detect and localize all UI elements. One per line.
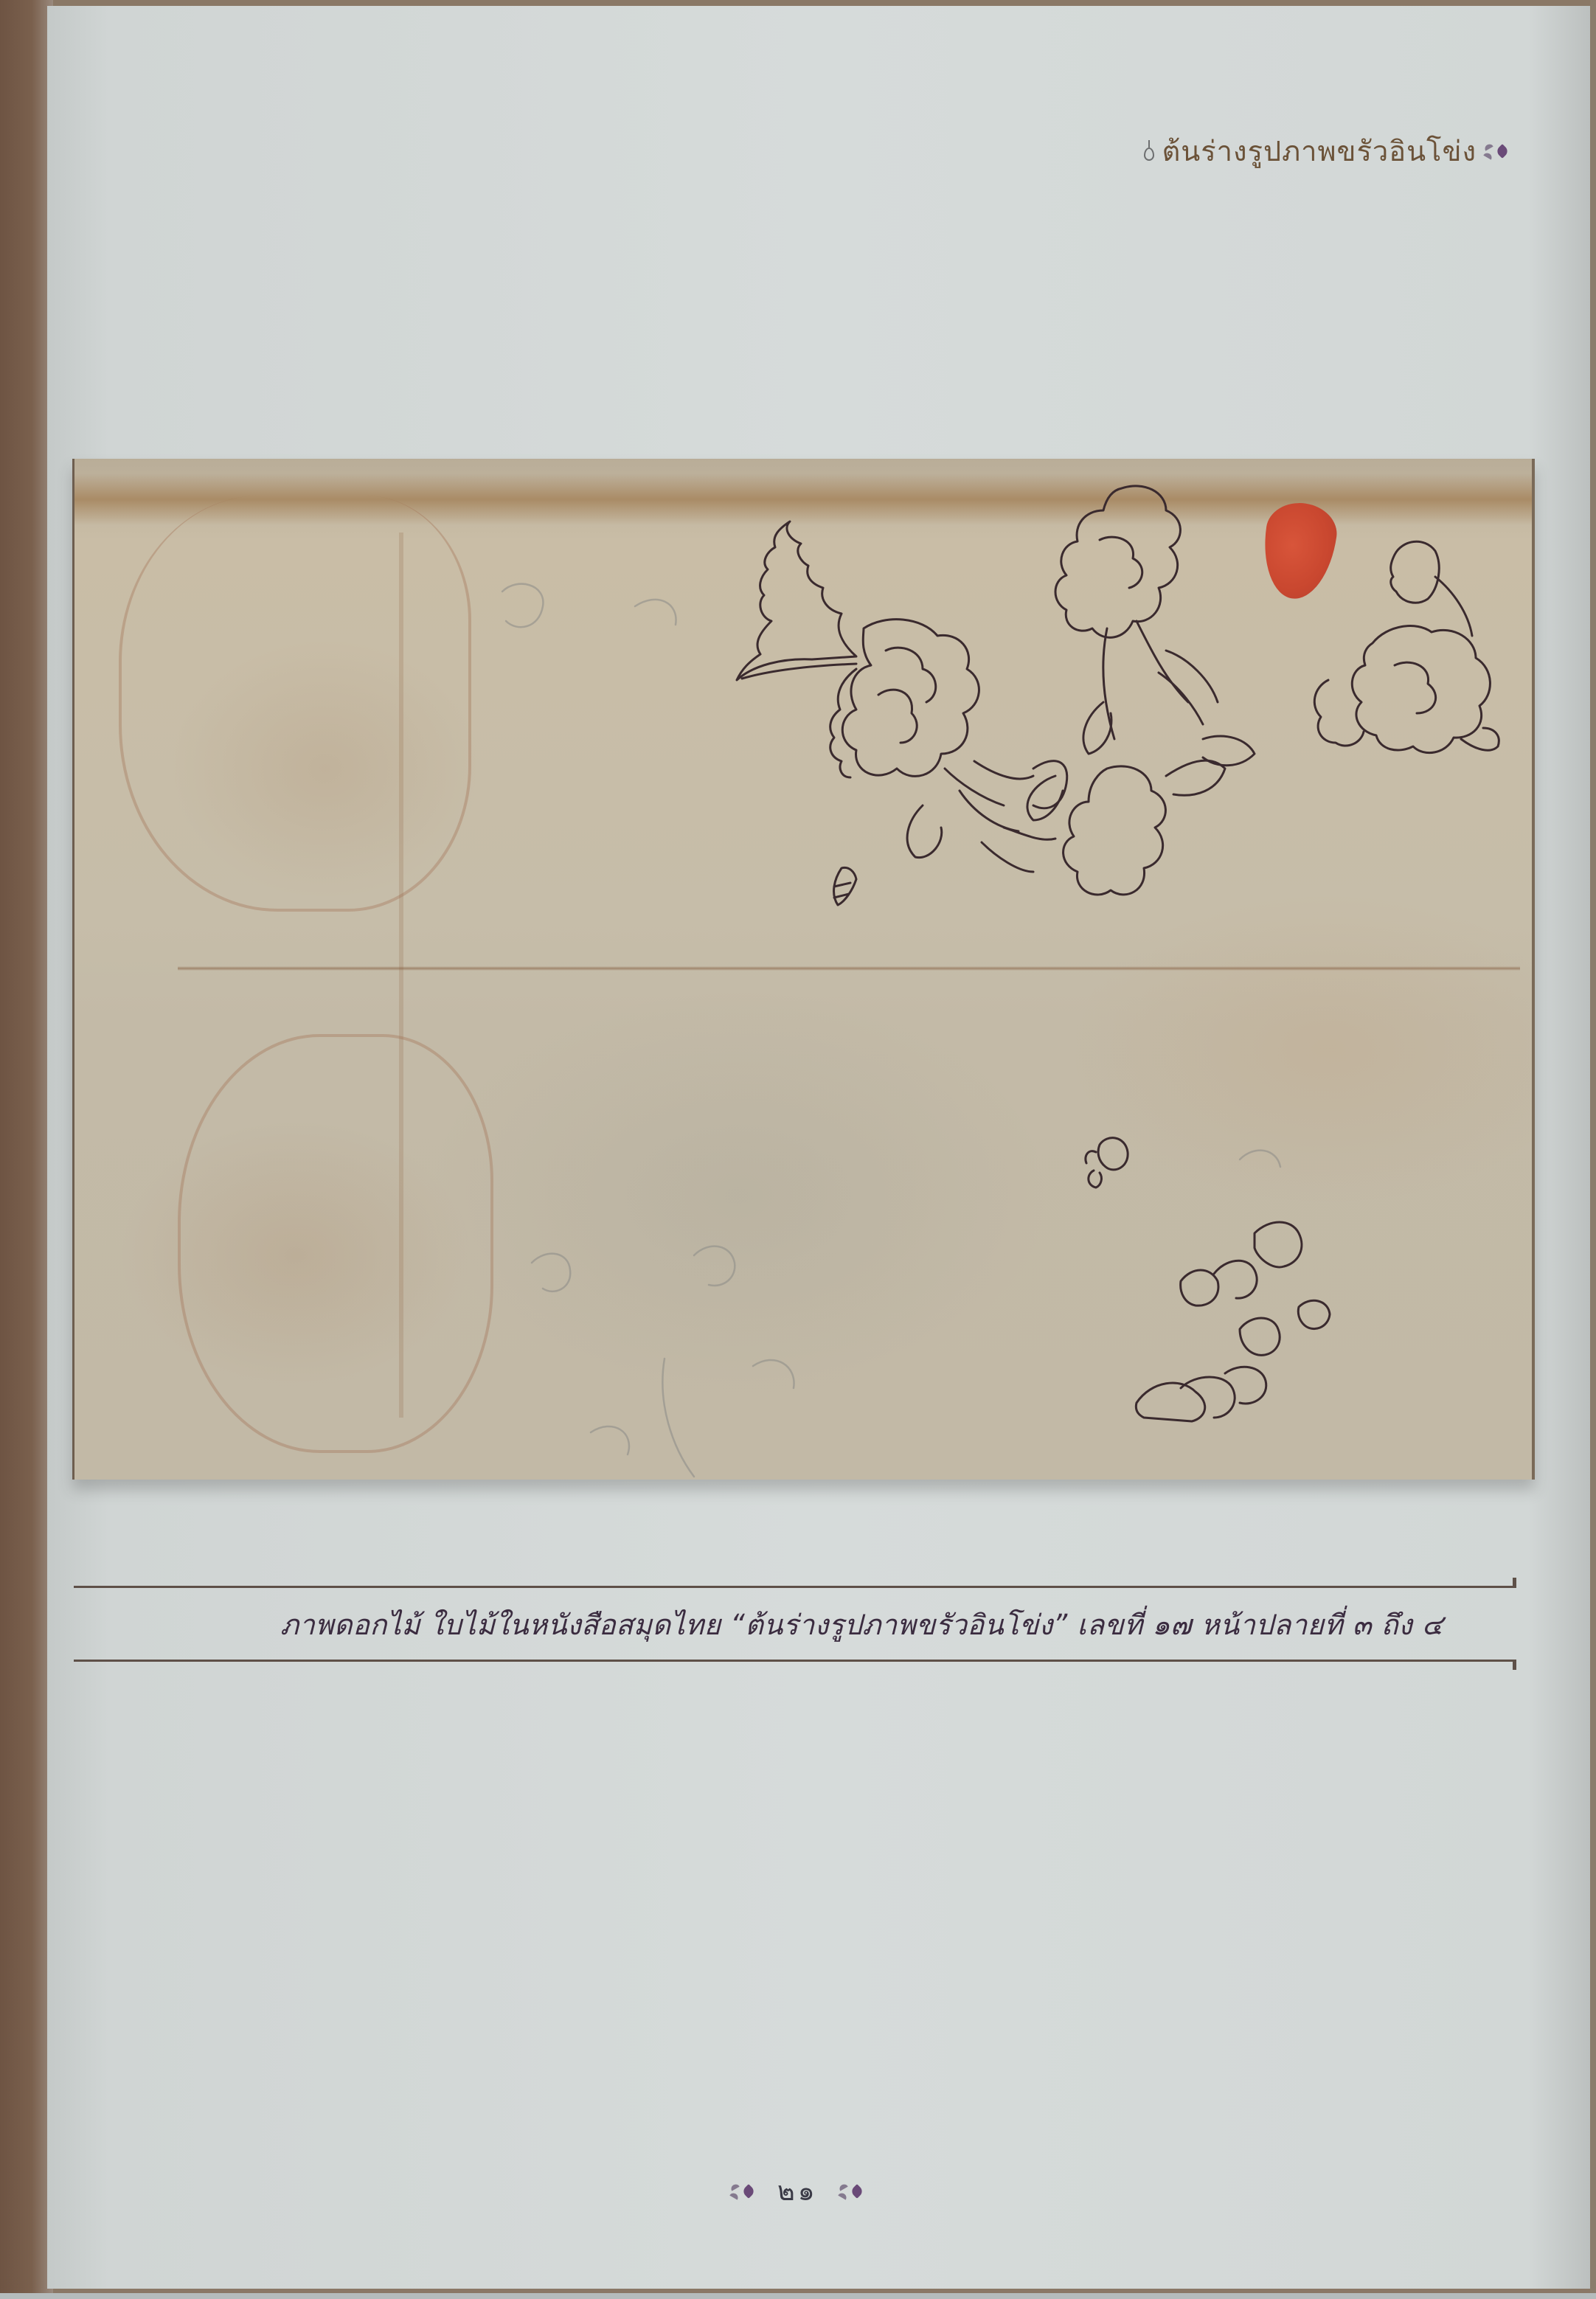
leaves-cluster-sketch: [1255, 1222, 1302, 1267]
figure-caption: ภาพดอกไม้ ใบไม้ในหนังสือสมุดไทย “ต้นร่าง…: [280, 1602, 1443, 1647]
small-ring-sketch: [1098, 1138, 1128, 1170]
running-title: ต้นร่างรูปภาพขรัวอินโข่ง: [1162, 128, 1477, 173]
page-number: ๒๑: [777, 2170, 818, 2212]
flower-ornament-icon: [1484, 142, 1513, 161]
manuscript-photo: [72, 459, 1535, 1480]
running-header: ต้นร่างรูปภาพขรัวอินโข่ง: [1143, 128, 1513, 173]
leaf-sketch: [737, 521, 856, 680]
book-spine-edge: [0, 0, 53, 2299]
small-sprig-sketch: [834, 867, 856, 905]
flower-ornament-right-icon: [839, 2182, 868, 2201]
page-folio: ๒๑: [727, 2170, 868, 2212]
caption-bottom-rule: [74, 1660, 1516, 1662]
page-bottom-edge: [0, 2293, 1596, 2299]
flower-sketch: [1064, 766, 1166, 895]
caption-top-rule: [74, 1586, 1516, 1588]
thai-ornament-icon: [1143, 140, 1155, 162]
flower-column-sketch: [1055, 486, 1180, 637]
seated-figure-sketch: [1391, 541, 1440, 603]
flower-sketch: [1352, 626, 1490, 753]
ink-sketches: [74, 459, 1532, 1480]
flower-ornament-left-icon: [727, 2182, 757, 2201]
page-right-edge: [1590, 0, 1596, 2299]
flower-sketch: [842, 620, 979, 777]
